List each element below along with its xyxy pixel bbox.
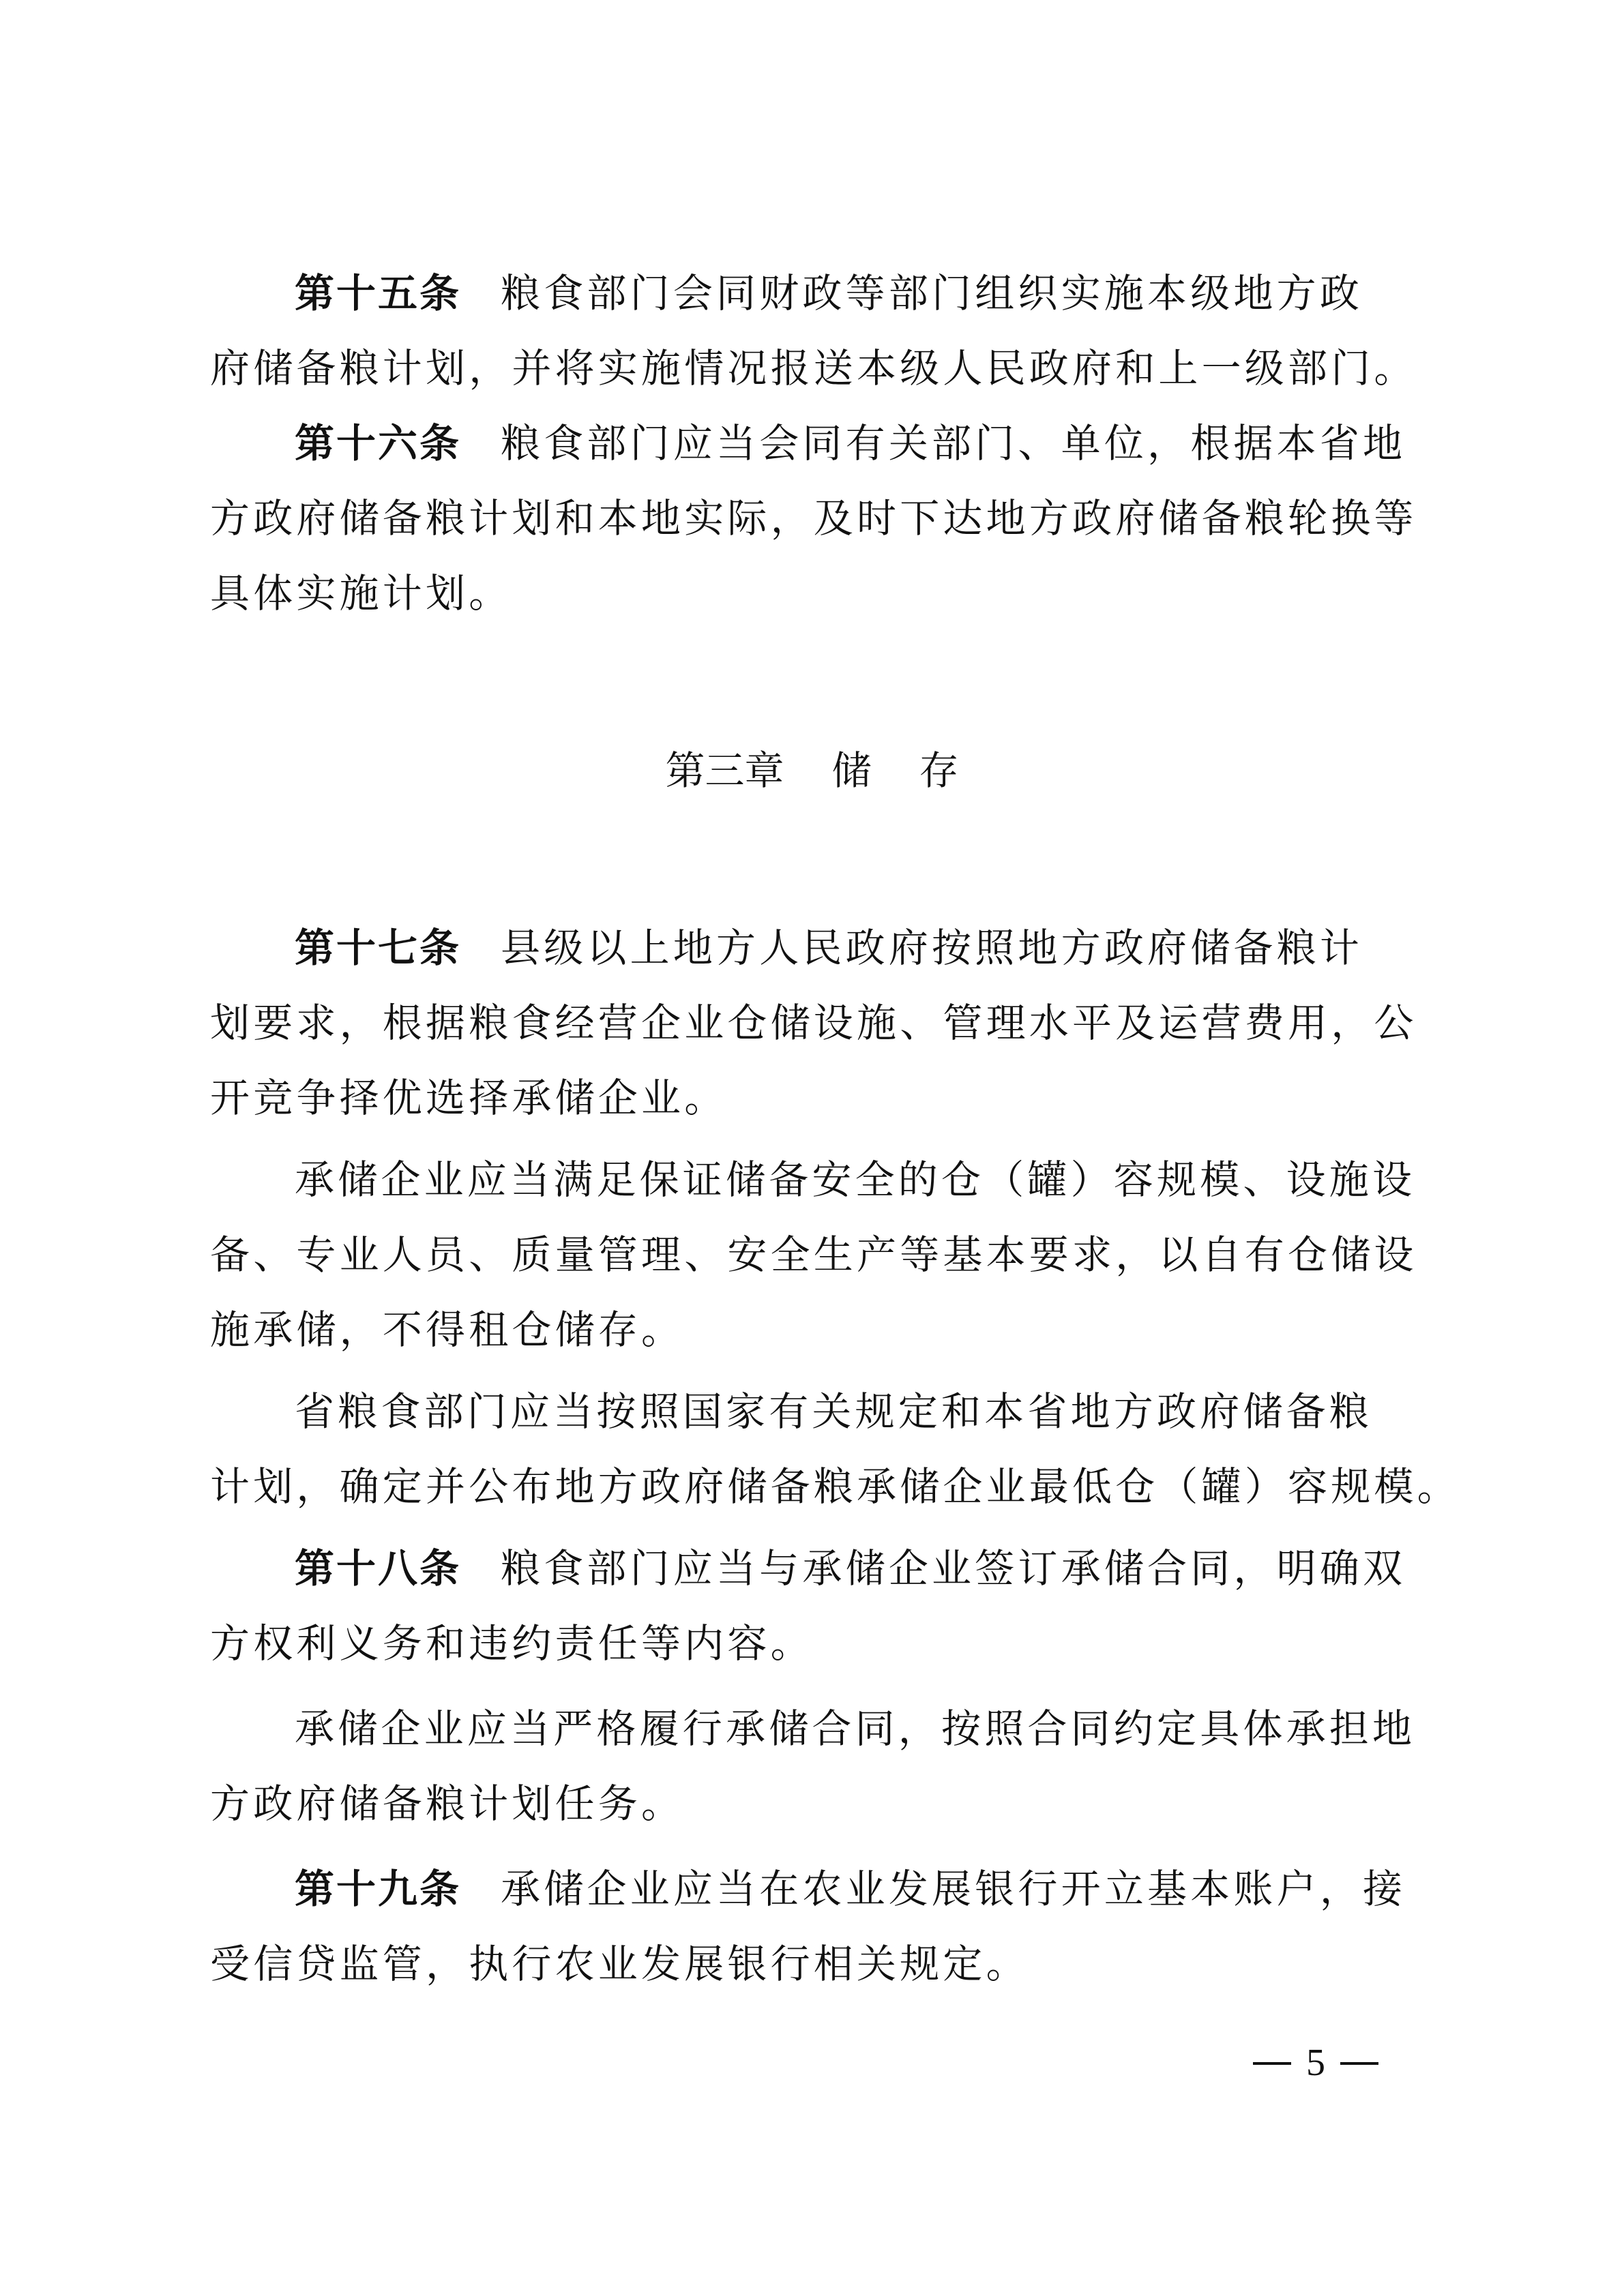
article-18-line-2: 方权利义务和违约责任等内容。: [210, 1620, 1417, 1667]
article-15-line-2: 府储备粮计划，并将实施情况报送本级人民政府和上一级部门。: [210, 344, 1417, 392]
chapter-number: 第三章: [665, 747, 784, 794]
article-18-line-1: 第十八条粮食部门应当与承储企业签订承储合同，明确双: [295, 1545, 1417, 1592]
article-19-line-1: 第十九条承储企业应当在农业发展银行开立基本账户，接: [295, 1865, 1417, 1913]
chapter-title-char-1: 储: [831, 747, 871, 794]
article-18-number: 第十八条: [295, 1545, 461, 1592]
page-number: 5: [1238, 2039, 1393, 2087]
article-16-number: 第十六条: [295, 420, 461, 466]
page-number-dash-left: [1253, 2062, 1291, 2065]
article-19-line-2: 受信贷监管，执行农业发展银行相关规定。: [210, 1940, 1417, 1988]
article-15-line-1: 第十五条粮食部门会同财政等部门组织实施本级地方政: [295, 269, 1417, 317]
article-19-number: 第十九条: [295, 1866, 461, 1912]
article-17-line-1: 第十七条县级以上地方人民政府按照地方政府储备粮计: [295, 924, 1417, 972]
article-18-p2-line-2: 方政府储备粮计划任务。: [210, 1780, 1417, 1828]
article-17-p3-line-1: 省粮食部门应当按照国家有关规定和本省地方政府储备粮: [295, 1388, 1417, 1435]
article-17-p2-line-1: 承储企业应当满足保证储备安全的仓（罐）容规模、设施设: [295, 1156, 1417, 1204]
article-15-number: 第十五条: [295, 270, 461, 316]
document-page: 第十五条粮食部门会同财政等部门组织实施本级地方政 府储备粮计划，并将实施情况报送…: [0, 0, 1624, 2296]
article-16-line-3: 具体实施计划。: [210, 569, 1417, 617]
article-17-line-2: 划要求，根据粮食经营企业仓储设施、管理水平及运营费用，公: [210, 999, 1417, 1047]
article-16-line-2: 方政府储备粮计划和本地实际，及时下达地方政府储备粮轮换等: [210, 494, 1417, 542]
article-17-number: 第十七条: [295, 925, 461, 971]
chapter-heading: 第三章储存: [0, 747, 1624, 794]
article-17-p2-line-3: 施承储，不得租仓储存。: [210, 1306, 1417, 1354]
article-18-p2-line-1: 承储企业应当严格履行承储合同，按照合同约定具体承担地: [295, 1705, 1417, 1753]
chapter-title-char-2: 存: [919, 747, 959, 794]
article-17-p2-line-2: 备、专业人员、质量管理、安全生产等基本要求，以自有仓储设: [210, 1231, 1417, 1279]
page-number-dash-right: [1340, 2062, 1378, 2065]
article-16-line-1: 第十六条粮食部门应当会同有关部门、单位，根据本省地: [295, 419, 1417, 467]
article-17-p3-line-2: 计划，确定并公布地方政府储备粮承储企业最低仓（罐）容规模。: [210, 1463, 1417, 1510]
article-17-line-3: 开竞争择优选择承储企业。: [210, 1074, 1417, 1122]
